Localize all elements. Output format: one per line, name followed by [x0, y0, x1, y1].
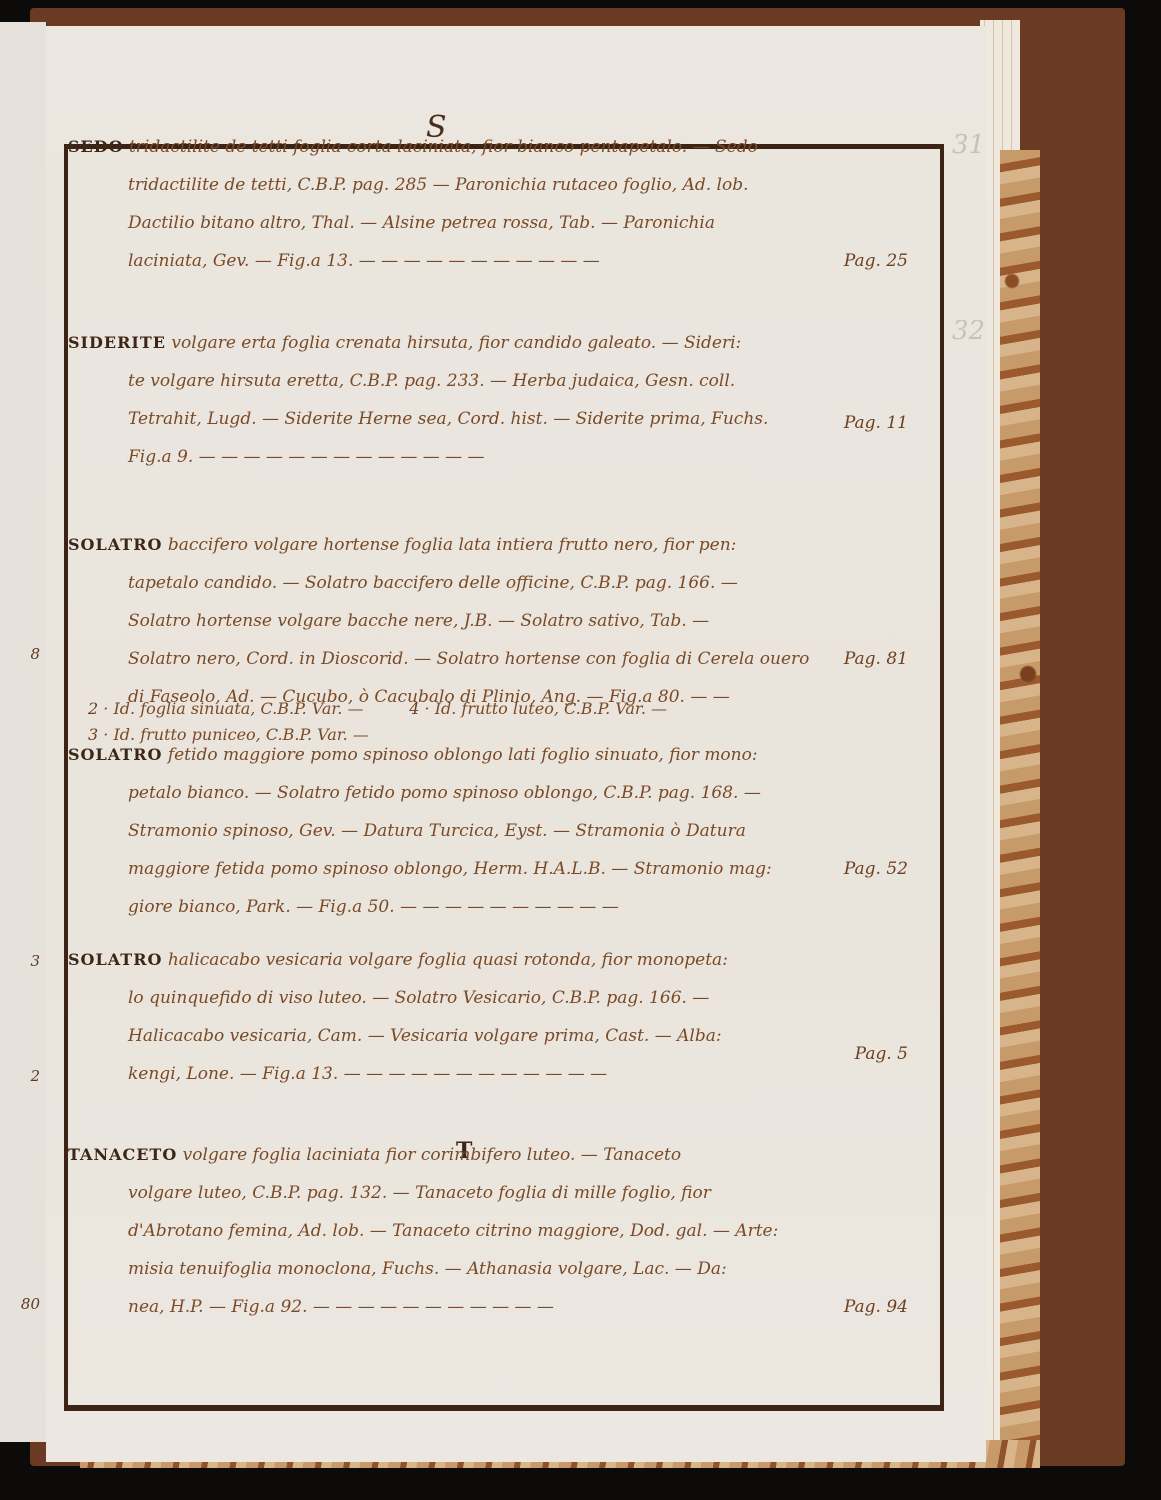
page-reference: Pag. 5: [855, 1035, 908, 1073]
entry-line: Solatro halicacabo vesicaria volgare fog…: [68, 941, 908, 979]
variety-item: 2 · Id. foglia sinuata, C.B.P. Var. — 4 …: [68, 696, 908, 722]
margin-number: 2: [30, 1067, 40, 1085]
entry-line: giore bianco, Park. — Fig.a 50. — — — — …: [68, 888, 908, 926]
headword: Solatro: [68, 535, 162, 554]
entry-line: lo quinquefido di viso luteo. — Solatro …: [68, 979, 908, 1017]
page-reference: Pag. 52: [844, 850, 908, 888]
entry-line: maggiore fetida pomo spinoso oblongo, He…: [68, 850, 908, 888]
entry-line: Tetrahit, Lugd. — Siderite Herne sea, Co…: [68, 400, 908, 438]
entry-line: tridactilite de tetti, C.B.P. pag. 285 —…: [68, 166, 908, 204]
marbled-endpaper: [1000, 150, 1040, 1460]
manuscript-page: 31 32 S Sedo tridactilite de tetti fogli…: [46, 26, 986, 1462]
entry-sedo: Sedo tridactilite de tetti foglia corta …: [68, 128, 908, 280]
entry-line: Siderite volgare erta foglia crenata hir…: [68, 324, 908, 362]
entry-line: kengi, Lone. — Fig.a 13. — — — — — — — —…: [68, 1055, 908, 1093]
entry-line: Stramonio spinoso, Gev. — Datura Turcica…: [68, 812, 908, 850]
entry-line: Solatro baccifero volgare hortense fogli…: [68, 526, 908, 564]
margin-number: 8: [30, 645, 40, 663]
headword: Solatro: [68, 745, 162, 764]
entry-solatro-fetido: Solatro fetido maggiore pomo spinoso obl…: [68, 736, 908, 926]
entry-siderite: Siderite volgare erta foglia crenata hir…: [68, 324, 908, 476]
headword: Sedo: [68, 137, 124, 156]
entry-line: Sedo tridactilite de tetti foglia corta …: [68, 128, 908, 166]
entry-line: Fig.a 9. — — — — — — — — — — — — —: [68, 438, 908, 476]
margin-number: 80: [21, 1295, 40, 1313]
entry-solatro-baccifero: Solatro baccifero volgare hortense fogli…: [68, 526, 908, 716]
page-reference: Pag. 94: [844, 1288, 908, 1326]
entry-line: d'Abrotano femina, Ad. lob. — Tanaceto c…: [68, 1212, 908, 1250]
bleed-through-number: 32: [952, 316, 985, 346]
entry-solatro-halicacabo: Solatro halicacabo vesicaria volgare fog…: [68, 941, 908, 1093]
headword: Siderite: [68, 333, 166, 352]
entry-line: Halicacabo vesicaria, Cam. — Vesicaria v…: [68, 1017, 908, 1055]
page-reference: Pag. 25: [844, 242, 908, 280]
entry-line: Solatro nero, Cord. in Dioscorid. — Sola…: [68, 640, 908, 678]
left-facing-page: 8 3 2 80: [0, 22, 48, 1442]
entry-line: Solatro hortense volgare bacche nere, J.…: [68, 602, 908, 640]
entry-line: te volgare hirsuta eretta, C.B.P. pag. 2…: [68, 362, 908, 400]
entry-line: Tanaceto volgare foglia laciniata fior c…: [68, 1136, 908, 1174]
headword: Tanaceto: [68, 1145, 177, 1164]
entry-tanaceto: Tanaceto volgare foglia laciniata fior c…: [68, 1136, 908, 1326]
entry-line: petalo bianco. — Solatro fetido pomo spi…: [68, 774, 908, 812]
margin-number: 3: [30, 952, 40, 970]
headword: Solatro: [68, 950, 162, 969]
entry-line: misia tenuifoglia monoclona, Fuchs. — At…: [68, 1250, 908, 1288]
entry-line: tapetalo candido. — Solatro baccifero de…: [68, 564, 908, 602]
entry-line: nea, H.P. — Fig.a 92. — — — — — — — — — …: [68, 1288, 908, 1326]
bleed-through-number: 31: [952, 130, 985, 160]
entry-line: volgare luteo, C.B.P. pag. 132. — Tanace…: [68, 1174, 908, 1212]
page-reference: Pag. 11: [844, 404, 908, 442]
entry-line: laciniata, Gev. — Fig.a 13. — — — — — — …: [68, 242, 908, 280]
page-reference: Pag. 81: [844, 640, 908, 678]
entry-line: Solatro fetido maggiore pomo spinoso obl…: [68, 736, 908, 774]
entry-line: Dactilio bitano altro, Thal. — Alsine pe…: [68, 204, 908, 242]
